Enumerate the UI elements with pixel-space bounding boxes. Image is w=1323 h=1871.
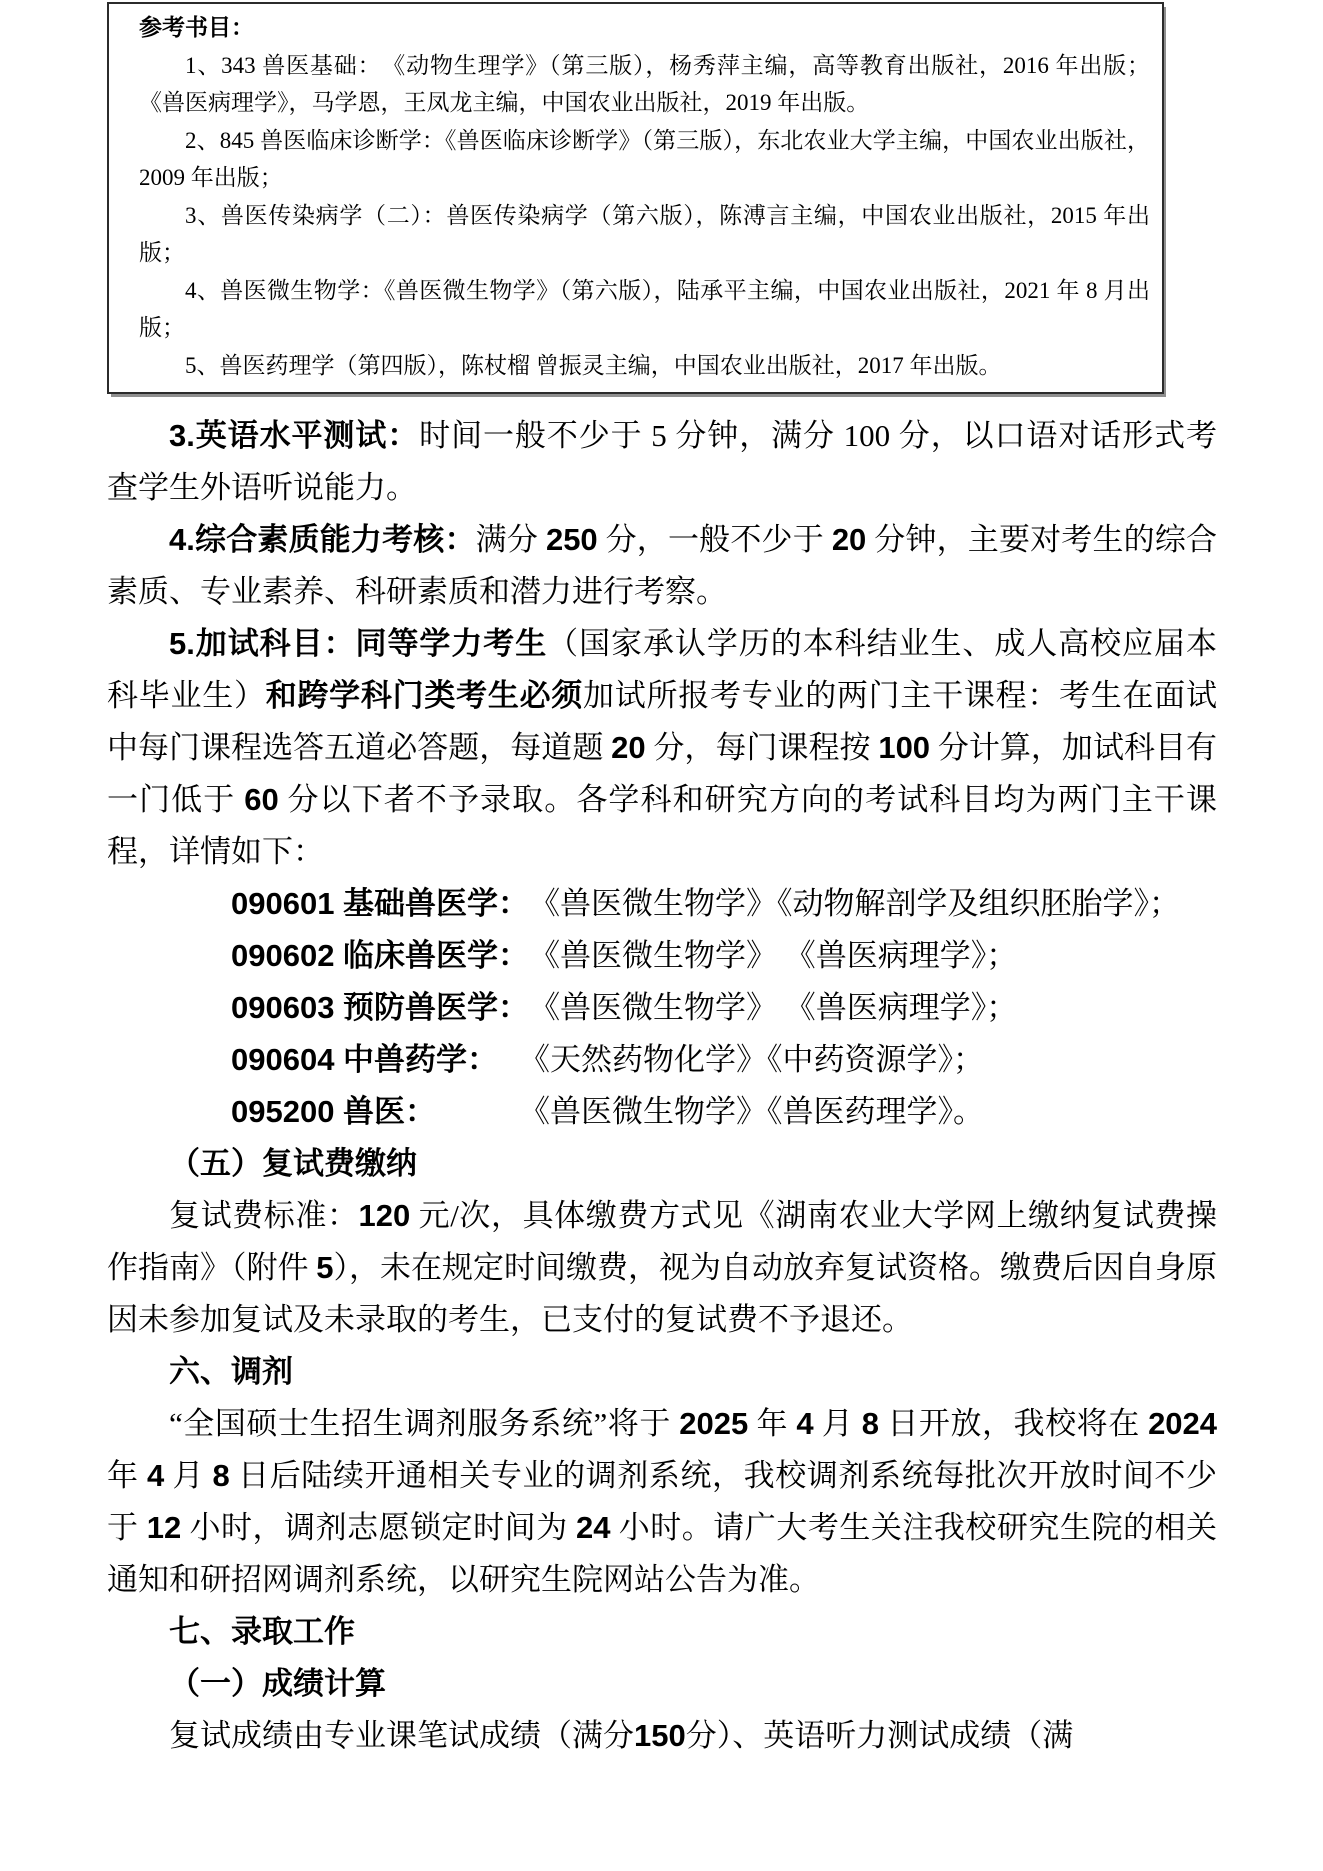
course-code-label: 090604 中兽药学： <box>169 1034 519 1086</box>
reference-book-item: 1、343 兽医基础： 《动物生理学》（第三版），杨秀萍主编，高等教育出版社，2… <box>139 47 1150 122</box>
course-row-095200: 095200 兽医：《兽医微生物学》《兽医药理学》。 <box>107 1086 1217 1138</box>
course-books: 《兽医微生物学》 《兽医病理学》； <box>529 990 1017 1025</box>
document-body: 3.英语水平测试：时间一般不少于 5 分钟，满分 100 分，以口语对话形式考查… <box>107 410 1217 1762</box>
course-books: 《兽医微生物学》《动物解剖学及组织胚胎学》； <box>529 886 1180 921</box>
reference-books-box: 参考书目： 1、343 兽医基础： 《动物生理学》（第三版），杨秀萍主编，高等教… <box>107 2 1164 394</box>
course-code-label: 090603 预防兽医学： <box>169 982 529 1034</box>
section-comprehensive-assessment: 4.综合素质能力考核：满分 250 分，一般不少于 20 分钟，主要对考生的综合… <box>107 514 1217 618</box>
reference-book-item: 4、兽医微生物学：《兽医微生物学》（第六版），陆承平主编，中国农业出版社，202… <box>139 272 1150 347</box>
course-code-label: 095200 兽医： <box>169 1086 519 1138</box>
course-row-090601: 090601 基础兽医学：《兽医微生物学》《动物解剖学及组织胚胎学》； <box>107 878 1217 930</box>
reference-books-title: 参考书目： <box>139 9 1150 47</box>
reference-book-item: 2、845 兽医临床诊断学：《兽医临床诊断学》（第三版），东北农业大学主编，中国… <box>139 122 1150 197</box>
course-code-label: 090601 基础兽医学： <box>169 878 529 930</box>
paragraph-score-calculation: 复试成绩由专业课笔试成绩（满分150分）、英语听力测试成绩（满 <box>107 1710 1217 1762</box>
course-row-090603: 090603 预防兽医学：《兽医微生物学》 《兽医病理学》； <box>107 982 1217 1034</box>
document-page: 参考书目： 1、343 兽医基础： 《动物生理学》（第三版），杨秀萍主编，高等教… <box>0 0 1323 1871</box>
reference-book-item: 5、兽医药理学（第四版），陈杖榴 曾振灵主编，中国农业出版社，2017 年出版。 <box>139 347 1150 385</box>
heading-score-calculation: （一）成绩计算 <box>107 1658 1217 1710</box>
course-row-090604: 090604 中兽药学：《天然药物化学》《中药资源学》； <box>107 1034 1217 1086</box>
heading-adjustment: 六、调剂 <box>107 1346 1217 1398</box>
heading-fee-payment: （五）复试费缴纳 <box>107 1138 1217 1190</box>
paragraph-fee-payment: 复试费标准：120 元/次，具体缴费方式见《湖南农业大学网上缴纳复试费操作指南》… <box>107 1190 1217 1346</box>
course-code-label: 090602 临床兽医学： <box>169 930 529 982</box>
course-books: 《天然药物化学》《中药资源学》； <box>519 1042 984 1077</box>
paragraph-adjustment: “全国硕士生招生调剂服务系统”将于 2025 年 4 月 8 日开放，我校将在 … <box>107 1398 1217 1606</box>
course-row-090602: 090602 临床兽医学：《兽医微生物学》 《兽医病理学》； <box>107 930 1217 982</box>
section-english-test: 3.英语水平测试：时间一般不少于 5 分钟，满分 100 分，以口语对话形式考查… <box>107 410 1217 514</box>
document-content: 参考书目： 1、343 兽医基础： 《动物生理学》（第三版），杨秀萍主编，高等教… <box>107 2 1217 1762</box>
section-additional-test: 5.加试科目：同等学力考生（国家承认学历的本科结业生、成人高校应届本科毕业生）和… <box>107 618 1217 878</box>
reference-book-item: 3、兽医传染病学（二）：兽医传染病学（第六版），陈溥言主编，中国农业出版社，20… <box>139 197 1150 272</box>
course-books: 《兽医微生物学》《兽医药理学》。 <box>519 1094 984 1129</box>
course-books: 《兽医微生物学》 《兽医病理学》； <box>529 938 1017 973</box>
heading-admission-work: 七、录取工作 <box>107 1606 1217 1658</box>
